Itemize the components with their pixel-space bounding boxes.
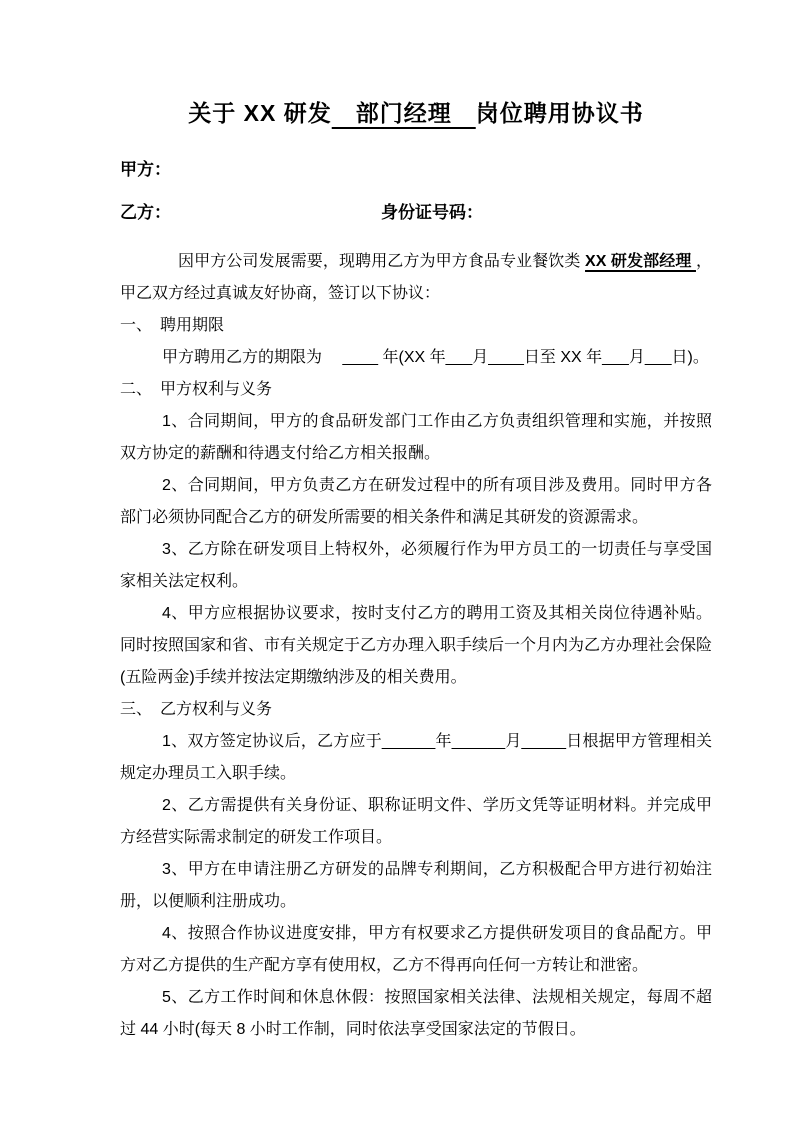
id-number-label: 身份证号码：	[381, 203, 483, 222]
section-3-clause-1: 1、双方签定协议后，乙方应于______年______月_____日根据甲方管理…	[120, 726, 712, 790]
title-position-underlined: 部门经理	[332, 100, 476, 126]
party-b-line: 乙方：身份证号码：	[120, 203, 712, 223]
party-a-line: 甲方：	[120, 160, 712, 180]
section-3-heading: 三、 乙方权利与义务	[120, 694, 712, 726]
section-2-clause-2: 2、合同期间，甲方负责乙方在研发过程中的所有项目涉及费用。同时甲方各部门必须协同…	[120, 470, 712, 534]
document-title: 关于 XX 研发 部门经理 岗位聘用协议书	[120, 97, 712, 130]
title-prefix: 关于 XX 研发	[188, 100, 331, 126]
section-2-clause-3: 3、乙方除在研发项目上特权外，必须履行作为甲方员工的一切责任与享受国家相关法定权…	[120, 534, 712, 598]
section-1-heading: 一、 聘用期限	[120, 310, 712, 342]
section-2-heading: 二、 甲方权利与义务	[120, 374, 712, 406]
intro-lead-text: 因甲方公司发展需要，现聘用乙方为甲方食品专业餐饮类	[178, 253, 585, 270]
section-3-clause-2: 2、乙方需提供有关身份证、职称证明文件、学历文凭等证明材料。并完成甲方经营实际需…	[120, 790, 712, 854]
section-2-clause-4: 4、甲方应根据协议要求，按时支付乙方的聘用工资及其相关岗位待遇补贴。同时按照国家…	[120, 598, 712, 694]
title-suffix: 岗位聘用协议书	[476, 100, 644, 126]
position-name-emphasis: XX 研发部经理	[585, 253, 696, 270]
section-1-clause-term: 甲方聘用乙方的期限为 ____ 年(XX 年___月____日至 XX 年___…	[120, 342, 712, 374]
contract-document-page: 关于 XX 研发 部门经理 岗位聘用协议书 甲方： 乙方：身份证号码： 因甲方公…	[0, 0, 793, 1122]
party-a-label: 甲方：	[120, 160, 171, 179]
section-3-clause-3: 3、甲方在申请注册乙方研发的品牌专利期间，乙方积极配合甲方进行初始注册，以便顺利…	[120, 854, 712, 918]
section-3-clause-4: 4、按照合作协议进度安排，甲方有权要求乙方提供研发项目的食品配方。甲方对乙方提供…	[120, 918, 712, 982]
section-3-clause-5: 5、乙方工作时间和休息休假：按照国家相关法律、法规相关规定，每周不超过 44 小…	[120, 982, 712, 1046]
intro-paragraph: 因甲方公司发展需要，现聘用乙方为甲方食品专业餐饮类 XX 研发部经理 ，甲乙双方…	[120, 246, 712, 310]
section-2-clause-1: 1、合同期间，甲方的食品研发部门工作由乙方负责组织管理和实施，并按照双方协定的薪…	[120, 406, 712, 470]
party-b-label: 乙方：	[120, 203, 171, 222]
